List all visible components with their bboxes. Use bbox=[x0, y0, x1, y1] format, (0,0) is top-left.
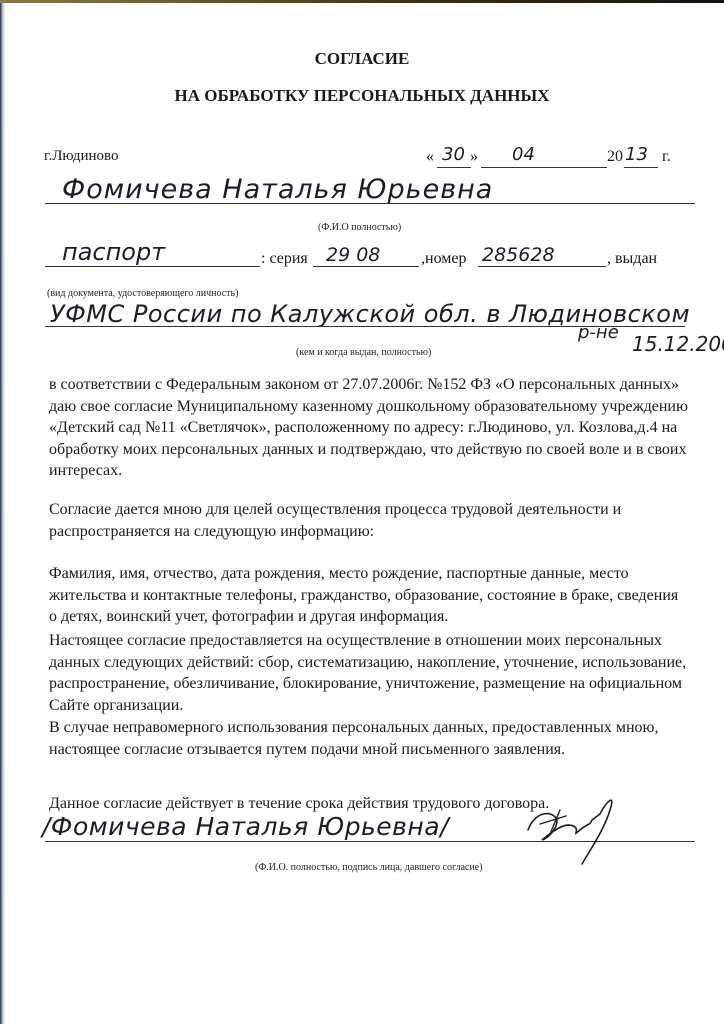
date-year-prefix: 20 bbox=[607, 148, 623, 166]
full-name-underline bbox=[45, 203, 695, 204]
date-open-quote: « bbox=[426, 148, 434, 166]
paragraph-actions: Настоящее согласие предоставляется на ос… bbox=[49, 630, 689, 716]
signature-name-value[interactable]: /Фомичева Наталья Юрьевна/ bbox=[42, 812, 449, 841]
date-day-value[interactable]: 30 bbox=[442, 144, 465, 165]
issue-date-value[interactable]: 15.12.2008 bbox=[632, 332, 724, 356]
date-year-unit: г. bbox=[662, 148, 671, 166]
signature-caption: (Ф.И.О. полностью, подпись лица, давшего… bbox=[255, 862, 483, 873]
series-underline bbox=[313, 266, 419, 267]
issued-by-sub-value[interactable]: р-не bbox=[578, 322, 619, 343]
document-subtitle: НА ОБРАБОТКУ ПЕРСОНАЛЬНЫХ ДАННЫХ bbox=[0, 86, 724, 106]
date-month-value[interactable]: 04 bbox=[512, 144, 535, 165]
paragraph-purpose: Согласие дается мною для целей осуществл… bbox=[49, 499, 689, 542]
issued-label: , выдан bbox=[607, 250, 657, 268]
id-type-underline bbox=[45, 266, 260, 267]
scan-top-edge bbox=[0, 0, 724, 3]
id-type-value[interactable]: паспорт bbox=[62, 238, 165, 266]
document-title: СОГЛАСИЕ bbox=[0, 49, 724, 69]
scan-left-edge bbox=[0, 3, 5, 1024]
id-type-caption: (вид документа, удостоверяющего личность… bbox=[47, 288, 238, 299]
paragraph-consent-basis: в соответствии с Федеральным законом от … bbox=[49, 374, 689, 482]
series-label: : серия bbox=[261, 250, 308, 268]
number-value[interactable]: 285628 bbox=[482, 244, 555, 266]
series-value[interactable]: 29 08 bbox=[326, 244, 380, 266]
date-month-underline bbox=[481, 167, 607, 168]
date-year-value[interactable]: 13 bbox=[625, 144, 648, 165]
city-label: г.Людиново bbox=[44, 148, 119, 165]
number-underline bbox=[478, 266, 606, 267]
full-name-value[interactable]: Фомичева Наталья Юрьевна bbox=[62, 174, 493, 205]
full-name-caption: (Ф.И.О полностью) bbox=[318, 222, 401, 233]
date-year-underline bbox=[624, 167, 658, 168]
number-label: ,номер bbox=[421, 250, 466, 268]
handwritten-signature-icon bbox=[520, 790, 620, 870]
paragraph-revocation: В случае неправомерного использования пе… bbox=[49, 717, 689, 760]
issued-by-caption: (кем и когда выдан, полностью) bbox=[296, 347, 431, 358]
date-day-underline bbox=[437, 167, 471, 168]
paragraph-data-list: Фамилия, имя, отчество, дата рождения, м… bbox=[49, 563, 689, 628]
date-close-quote: » bbox=[470, 148, 478, 166]
